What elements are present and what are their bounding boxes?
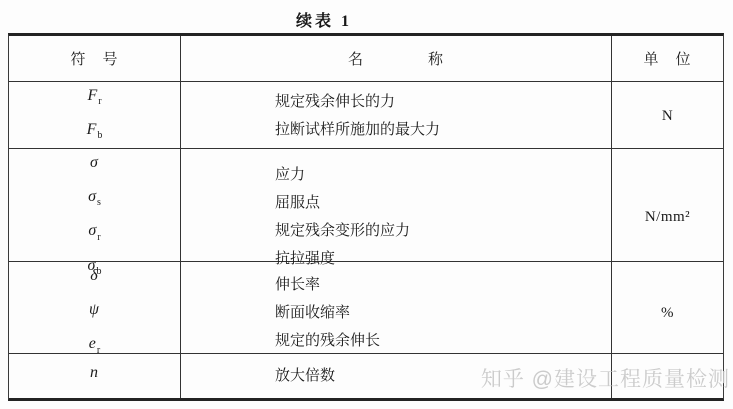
table-row: Fr Fb 规定残余伸长的力 拉断试样所施加的最大力 N — [9, 82, 723, 149]
table-header-row: 符 号 名 称 单 位 — [9, 36, 723, 82]
name-line: 规定残余伸长的力 — [275, 88, 395, 116]
name-line: 规定的残余伸长 — [275, 327, 380, 355]
symbol: σ — [90, 149, 99, 183]
header-name: 名 称 — [181, 36, 612, 81]
unit-cell: % — [612, 262, 723, 365]
name-line: 拉断试样所施加的最大力 — [275, 116, 440, 144]
symbol-base: σ — [88, 188, 96, 205]
symbol-cell: n — [9, 354, 181, 398]
symbol-subscript: r — [98, 96, 101, 107]
zhihu-watermark: 知乎 @建设工程质量检测 — [481, 363, 730, 393]
symbol-base: n — [90, 364, 98, 381]
symbol-subscript: r — [97, 232, 100, 243]
symbol: Fr — [87, 82, 101, 116]
table-row: δ ψ er 伸长率 断面收缩率 规定的残余伸长 % — [9, 262, 723, 354]
unit-cell: N — [612, 82, 723, 150]
symbol-cell: Fr Fb — [9, 82, 181, 150]
name-line: 应力 — [275, 161, 305, 189]
name-cell: 规定残余伸长的力 拉断试样所施加的最大力 — [181, 82, 612, 150]
unit-value: N — [662, 108, 673, 125]
symbol: Fb — [87, 116, 103, 150]
symbol-cell: δ ψ er — [9, 262, 181, 365]
symbol-base: e — [89, 335, 96, 352]
table-title: 续表 1 — [296, 8, 352, 31]
header-unit: 单 位 — [612, 36, 723, 81]
symbol: σs — [88, 183, 101, 217]
symbol: σr — [88, 217, 100, 251]
symbol: n — [90, 359, 99, 393]
table-row: σ σs σr σb 应力 屈服点 规定残余变形的应力 抗拉强度 N/mm² — [9, 149, 723, 262]
header-symbol: 符 号 — [9, 36, 181, 81]
unit-value: N/mm² — [645, 209, 690, 226]
symbol-base: σ — [88, 222, 96, 239]
symbol-subscript: b — [97, 130, 102, 141]
symbol: δ — [90, 262, 98, 296]
symbol-base: F — [87, 87, 97, 104]
unit-value: % — [661, 305, 674, 322]
symbols-table: 符 号 名 称 单 位 Fr Fb 规定残余伸长的力 拉断试样所施加的最大力 N… — [8, 33, 724, 401]
symbol: ψ — [89, 296, 100, 330]
symbol-base: δ — [90, 267, 97, 284]
name-line: 伸长率 — [275, 271, 320, 299]
symbol-base: F — [87, 121, 97, 138]
name-line: 规定残余变形的应力 — [275, 217, 410, 245]
name-line: 屈服点 — [275, 189, 320, 217]
symbol-base: ψ — [89, 301, 99, 318]
name-line: 断面收缩率 — [275, 299, 350, 327]
symbol-subscript: s — [97, 197, 101, 208]
name-cell: 伸长率 断面收缩率 规定的残余伸长 — [181, 262, 612, 365]
name-line: 放大倍数 — [275, 362, 335, 390]
symbol-base: σ — [90, 154, 98, 171]
document-page: 续表 1 符 号 名 称 单 位 Fr Fb 规定残余伸长的力 拉断试样所施加的… — [0, 0, 733, 409]
